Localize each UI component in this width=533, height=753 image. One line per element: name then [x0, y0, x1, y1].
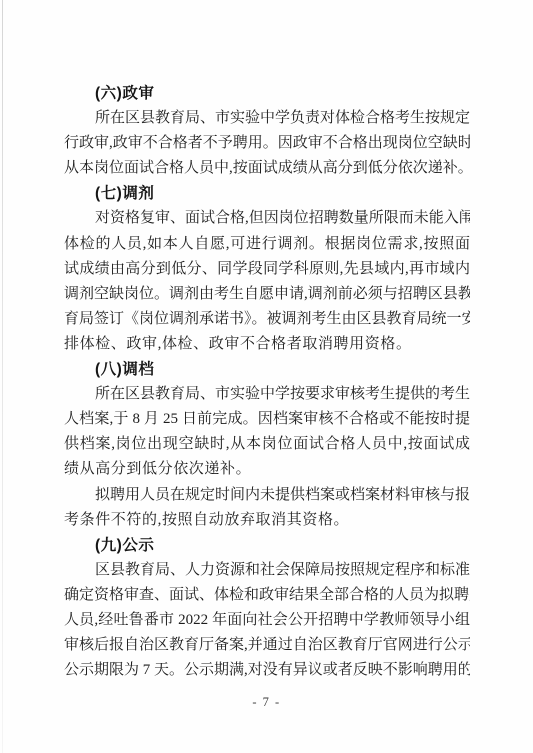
text-line: 体检的人员,如本人自愿,可进行调剂。根据岗位需求,按照面	[64, 232, 470, 257]
text-line: 绩从高分到低分依次递补。	[64, 457, 470, 482]
section-heading: (九)公示	[64, 533, 470, 558]
text-line: 人档案,于 8 月 25 日前完成。因档案审核不合格或不能按时提	[64, 407, 470, 432]
page-number: - 7 -	[0, 695, 533, 710]
text-line: 确定资格审查、面试、体检和政审结果全部合格的人员为拟聘用	[64, 583, 470, 608]
text-line: 排体检、政审,体检、政审不合格者取消聘用资格。	[64, 332, 470, 357]
scan-edge-artifact	[2, 0, 3, 753]
section-heading: (六)政审	[64, 81, 470, 106]
text-line: 试成绩由高分到低分、同学段同学科原则,先县域内,再市域内	[64, 257, 470, 282]
text-line: 审核后报自治区教育厅备案,并通过自治区教育厅官网进行公示,	[64, 633, 470, 658]
text-line: 行政审,政审不合格者不予聘用。因政审不合格出现岗位空缺时,	[64, 131, 470, 156]
text-line: 对资格复审、面试合格,但因岗位招聘数量所限而未能入闱	[64, 206, 470, 231]
text-line: 人员,经吐鲁番市 2022 年面向社会公开招聘中学教师领导小组	[64, 608, 470, 633]
text-line: 所在区县教育局、市实验中学负责对体检合格考生按规定进	[64, 106, 470, 131]
text-line: 公示期限为 7 天。公示期满,对没有异议或者反映不影响聘用的	[64, 658, 470, 683]
document-page: (六)政审所在区县教育局、市实验中学负责对体检合格考生按规定进行政审,政审不合格…	[0, 0, 533, 753]
section-heading: (七)调剂	[64, 181, 470, 206]
text-line: 调剂空缺岗位。调剂由考生自愿申请,调剂前必须与招聘区县教	[64, 282, 470, 307]
text-line: 所在区县教育局、市实验中学按要求审核考生提供的考生个	[64, 382, 470, 407]
text-line: 供档案,岗位出现空缺时,从本岗位面试合格人员中,按面试成	[64, 432, 470, 457]
section-heading: (八)调档	[64, 357, 470, 382]
document-body: (六)政审所在区县教育局、市实验中学负责对体检合格考生按规定进行政审,政审不合格…	[64, 81, 470, 683]
text-line: 考条件不符的,按照自动放弃取消其资格。	[64, 508, 470, 533]
text-line: 拟聘用人员在规定时间内未提供档案或档案材料审核与报	[64, 483, 470, 508]
text-line: 从本岗位面试合格人员中,按面试成绩从高分到低分依次递补。	[64, 156, 470, 181]
text-line: 育局签订《岗位调剂承诺书》。被调剂考生由区县教育局统一安	[64, 307, 470, 332]
text-line: 区县教育局、人力资源和社会保障局按照规定程序和标准,	[64, 558, 470, 583]
